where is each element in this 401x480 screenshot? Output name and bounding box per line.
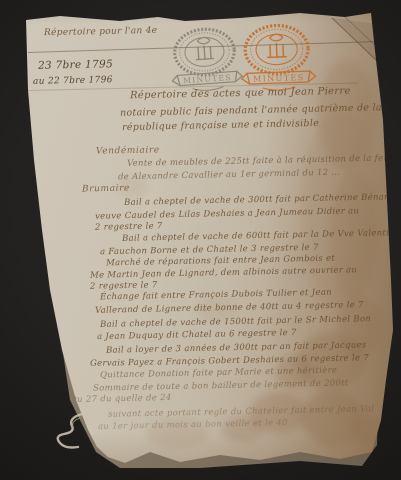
photo-background: MINUTES MINUTES Répertoire pour l'an 4e — [0, 0, 401, 480]
stain-spot — [352, 414, 382, 446]
date-end: au 22 7bre 1796 — [33, 75, 113, 87]
corner-fold-crease — [318, 14, 388, 84]
ink-duty-stamp-orange: MINUTES — [239, 21, 317, 94]
manuscript-line: Du 27 du quelle de 24 — [70, 393, 172, 405]
stamp-banner-text: MINUTES — [253, 72, 305, 84]
month-heading-brumaire: Brumaire — [82, 183, 130, 194]
month-heading-vendemiaire: Vendémiaire — [96, 145, 160, 156]
ink-duty-stamp-black: MINUTES — [168, 24, 244, 95]
date-start: 23 7bre 1795 — [38, 58, 113, 72]
manuscript-page: MINUTES MINUTES Répertoire pour l'an 4e — [0, 0, 401, 480]
manuscript-line: 2 regestre le 7 — [95, 221, 163, 232]
manuscript-line: 2 regestre le 7 — [90, 280, 158, 291]
